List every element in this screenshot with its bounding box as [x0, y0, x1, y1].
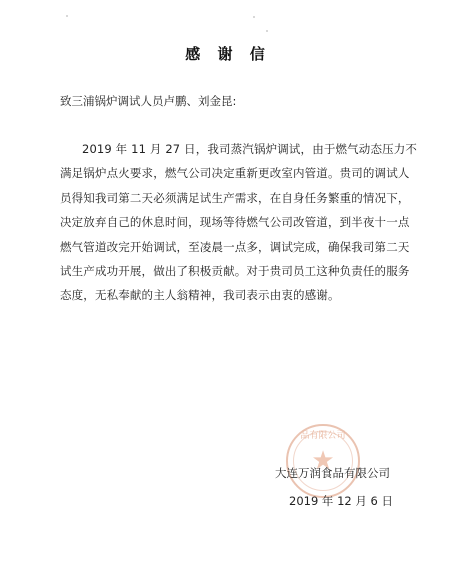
signature-company: 大连万润食品有限公司	[275, 465, 390, 481]
scan-speck	[253, 16, 255, 18]
body-line: 2019 年 11 月 27 日，我司蒸汽锅炉调试，由于燃气动态压力不	[60, 142, 400, 166]
body-line: 态度，无私奉献的主人翁精神，我司表示由衷的感谢。	[60, 288, 400, 312]
body-line: 燃气管道改完开始调试，至凌晨一点多，调试完成，确保我司第二天	[60, 240, 400, 264]
company-seal: 品有限公司 ★	[286, 424, 360, 498]
seal-text: 品有限公司	[288, 428, 358, 441]
letter-body: 2019 年 11 月 27 日，我司蒸汽锅炉调试，由于燃气动态压力不 满足锅炉…	[60, 142, 400, 313]
signature-date: 2019 年 12 月 6 日	[289, 493, 393, 509]
body-line: 决定放弃自己的休息时间，现场等待燃气公司改管道，到半夜十一点	[60, 215, 400, 239]
letter-salutation: 致三浦锅炉调试人员卢鹏、刘金昆:	[60, 93, 236, 109]
letter-title: 感 谢 信	[0, 43, 456, 64]
body-line: 试生产成功开展，做出了积极贡献。对于贵司员工这种负责任的服务	[60, 264, 400, 288]
scan-speck	[266, 30, 268, 32]
body-line: 员得知我司第二天必须满足试生产需求，在自身任务繁重的情况下，	[60, 191, 400, 215]
body-line: 满足锅炉点火要求，燃气公司决定重新更改室内管道。贵司的调试人	[60, 166, 400, 190]
scan-speck	[66, 15, 68, 17]
